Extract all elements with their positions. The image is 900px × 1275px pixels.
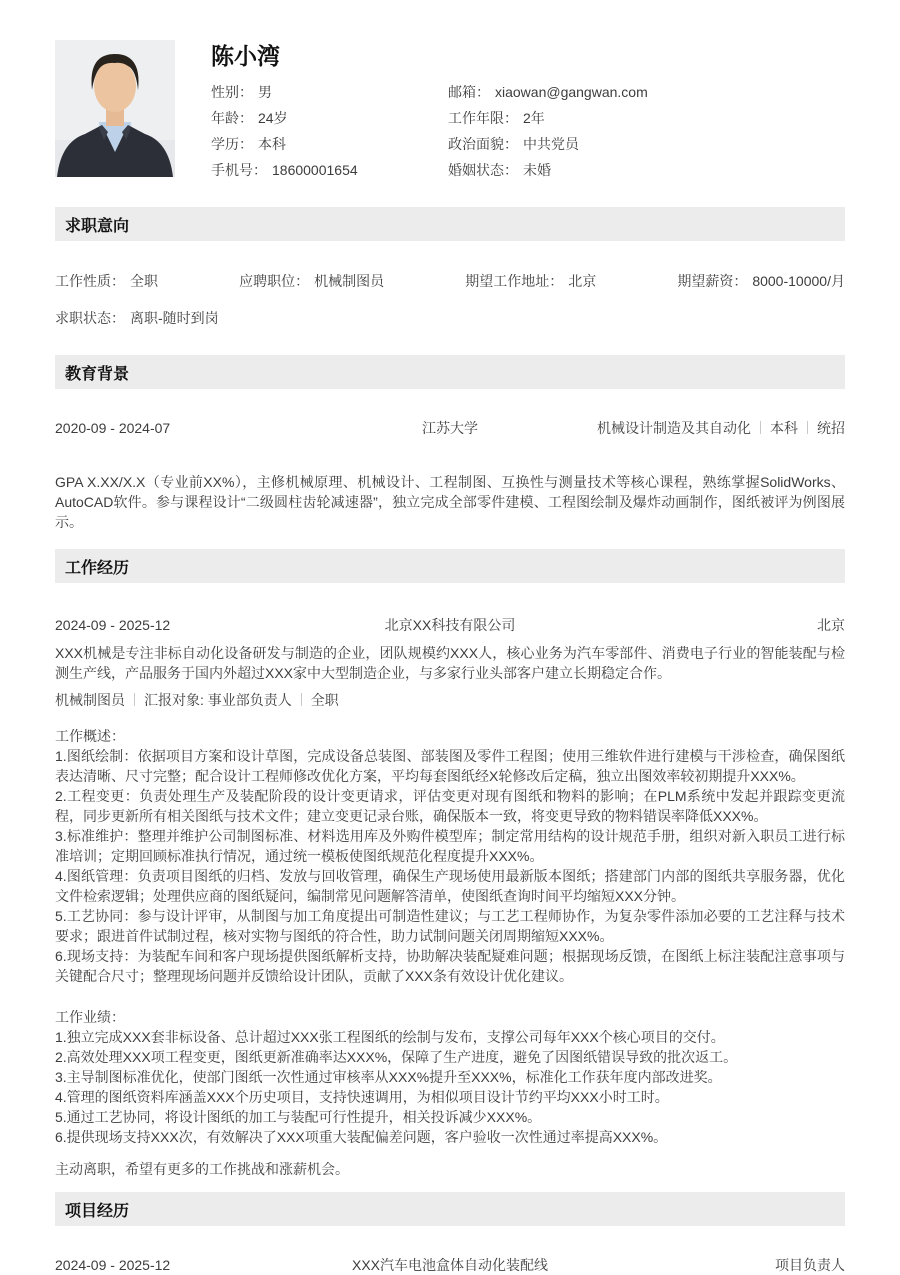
field-label: 政治面貌： — [448, 136, 518, 152]
project-name: XXX汽车电池盒体自动化装配线 — [352, 1252, 548, 1275]
field-label: 求职状态： — [55, 310, 125, 326]
section-bar-project: 项目经历 — [55, 1192, 845, 1226]
work-overview: 工作概述： 1.图纸绘制：依据项目方案和设计草图，完成设备总装图、部装图及零件工… — [55, 726, 845, 986]
work-achievements: 工作业绩： 1.独立完成XXX套非标设备、总计超过XXX张工程图纸的绘制与发布，… — [55, 1007, 845, 1147]
divider — [301, 693, 302, 706]
intention-row: 工作性质：全职 应聘职位：机械制图员 期望工作地址：北京 期望薪资：8000-1… — [55, 271, 845, 291]
education-period: 2020-09 - 2024-07 — [55, 415, 170, 441]
field-label: 婚姻状态： — [448, 162, 518, 178]
overview-item: 4.图纸管理：负责项目图纸的归档、发放与回收管理，确保生产现场使用最新版本图纸；… — [55, 866, 845, 906]
project-role: 项目负责人 — [775, 1252, 845, 1275]
field-value: xiaowan@gangwan.com — [495, 84, 648, 100]
work-location: 北京 — [817, 612, 845, 638]
info-field-political-status: 政治面貌：中共党员 — [448, 131, 648, 157]
divider — [134, 693, 135, 706]
education-detail: 机械设计制造及其自动化本科统招 — [593, 415, 845, 441]
profile-photo — [55, 40, 175, 177]
section-title: 项目经历 — [65, 1198, 129, 1221]
section-title: 工作经历 — [65, 555, 129, 578]
work-period: 2024-09 - 2025-12 — [55, 612, 170, 638]
field-value: 本科 — [258, 136, 286, 152]
overview-item: 2.工程变更：负责处理生产及装配阶段的设计变更请求，评估变更对现有图纸和物料的影… — [55, 786, 845, 826]
overview-item: 5.工艺协同：参与设计评审，从制图与加工角度提出可制造性建议；与工艺工程师协作，… — [55, 906, 845, 946]
job-title: 机械制图员 — [55, 692, 125, 708]
intention-status: 求职状态：离职-随时到岗 — [55, 308, 845, 328]
section-title: 求职意向 — [65, 213, 129, 236]
intention-field-salary: 期望薪资：8000-10000/月 — [677, 271, 845, 291]
field-value: 2年 — [523, 110, 545, 126]
job-title-row: 机械制图员汇报对象: 事业部负责人全职 — [55, 690, 845, 710]
education-major: 机械设计制造及其自动化 — [597, 420, 751, 436]
work-company: 北京XX科技有限公司 — [385, 612, 516, 638]
section-bar-education: 教育背景 — [55, 355, 845, 389]
overview-item: 1.图纸绘制：依据项目方案和设计草图，完成设备总装图、部装图及零件工程图；使用三… — [55, 746, 845, 786]
field-value: 未婚 — [523, 162, 551, 178]
job-type: 全职 — [311, 692, 339, 708]
fields-column-left: 性别：男 年龄：24岁 学历：本科 手机号：18600001654 — [211, 79, 448, 183]
field-value: 北京 — [568, 273, 596, 289]
intention-field-job-nature: 工作性质：全职 — [55, 271, 158, 291]
education-enroll-type: 统招 — [817, 420, 845, 436]
achievements-label: 工作业绩： — [55, 1007, 845, 1027]
section-bar-work: 工作经历 — [55, 549, 845, 583]
field-label: 性别： — [211, 84, 253, 100]
overview-item: 6.现场支持：为装配车间和客户现场提供图纸解析支持，协助解决装配疑难问题；根据现… — [55, 946, 845, 986]
field-label: 期望工作地址： — [465, 273, 563, 289]
info-field-work-years: 工作年限：2年 — [448, 105, 648, 131]
candidate-name: 陈小湾 — [211, 43, 845, 70]
project-entry-row: 2024-09 - 2025-12 XXX汽车电池盒体自动化装配线 项目负责人 — [55, 1252, 845, 1275]
achievement-item: 6.提供现场支持XXX次，有效解决了XXX项重大装配偏差问题，客户验收一次性通过… — [55, 1127, 845, 1147]
field-value: 24岁 — [258, 110, 288, 126]
overview-label: 工作概述： — [55, 726, 845, 746]
company-intro: XXX机械是专注非标自动化设备研发与制造的企业，团队规模约XXX人，核心业务为汽… — [55, 643, 845, 683]
field-label: 年龄： — [211, 110, 253, 126]
field-label: 邮箱： — [448, 84, 490, 100]
section-bar-intention: 求职意向 — [55, 207, 845, 241]
field-label: 工作年限： — [448, 110, 518, 126]
achievement-item: 1.独立完成XXX套非标设备、总计超过XXX张工程图纸的绘制与发布，支撑公司每年… — [55, 1027, 845, 1047]
info-field-education: 学历：本科 — [211, 131, 448, 157]
person-photo-icon — [55, 40, 175, 177]
report-to: 汇报对象: 事业部负责人 — [144, 692, 292, 708]
achievement-item: 3.主导制图标准优化，使部门图纸一次性通过审核率从XXX%提升至XXX%，标准化… — [55, 1067, 845, 1087]
fields-column-right: 邮箱：xiaowan@gangwan.com 工作年限：2年 政治面貌：中共党员… — [448, 79, 648, 183]
section-title: 教育背景 — [65, 361, 129, 384]
candidate-info: 陈小湾 性别：男 年龄：24岁 学历：本科 手机号：18600001654 邮箱… — [211, 40, 845, 183]
field-value: 男 — [258, 84, 272, 100]
field-value: 全职 — [130, 273, 158, 289]
project-period: 2024-09 - 2025-12 — [55, 1252, 170, 1275]
field-value: 机械制图员 — [314, 273, 384, 289]
intention-field-position: 应聘职位：机械制图员 — [239, 271, 384, 291]
field-label: 应聘职位： — [239, 273, 309, 289]
field-value: 8000-10000/月 — [752, 273, 845, 289]
divider — [760, 421, 761, 434]
info-field-gender: 性别：男 — [211, 79, 448, 105]
resume-header: 陈小湾 性别：男 年龄：24岁 学历：本科 手机号：18600001654 邮箱… — [55, 40, 845, 183]
intention-field-city: 期望工作地址：北京 — [465, 271, 596, 291]
field-label: 手机号： — [211, 162, 267, 178]
field-value: 18600001654 — [272, 162, 358, 178]
achievement-item: 4.管理的图纸资料库涵盖XXX个历史项目，支持快速调用，为相似项目设计节约平均X… — [55, 1087, 845, 1107]
info-field-age: 年龄：24岁 — [211, 105, 448, 131]
education-entry-row: 2020-09 - 2024-07 江苏大学 机械设计制造及其自动化本科统招 — [55, 415, 845, 467]
field-label: 期望薪资： — [677, 273, 747, 289]
education-school: 江苏大学 — [422, 415, 478, 441]
leave-reason: 主动离职，希望有更多的工作挑战和涨薪机会。 — [55, 1159, 845, 1179]
work-entry-row: 2024-09 - 2025-12 北京XX科技有限公司 北京 — [55, 612, 845, 638]
education-degree: 本科 — [770, 420, 798, 436]
achievement-item: 5.通过工艺协同，将设计图纸的加工与装配可行性提升，相关投诉减少XXX%。 — [55, 1107, 845, 1127]
divider — [807, 421, 808, 434]
field-value: 中共党员 — [523, 136, 579, 152]
field-label: 学历： — [211, 136, 253, 152]
info-field-email: 邮箱：xiaowan@gangwan.com — [448, 79, 648, 105]
achievement-item: 2.高效处理XXX项工程变更，图纸更新准确率达XXX%，保障了生产进度，避免了因… — [55, 1047, 845, 1067]
field-label: 工作性质： — [55, 273, 125, 289]
field-value: 离职-随时到岗 — [130, 310, 219, 326]
info-field-marital-status: 婚姻状态：未婚 — [448, 157, 648, 183]
resume-page: 陈小湾 性别：男 年龄：24岁 学历：本科 手机号：18600001654 邮箱… — [0, 0, 900, 1275]
education-description: GPA X.XX/X.X（专业前XX%），主修机械原理、机械设计、工程制图、互换… — [55, 472, 845, 532]
candidate-fields: 性别：男 年龄：24岁 学历：本科 手机号：18600001654 邮箱：xia… — [211, 79, 845, 183]
info-field-phone: 手机号：18600001654 — [211, 157, 448, 183]
overview-item: 3.标准维护：整理并维护公司制图标准、材料选用库及外购件模型库；制定常用结构的设… — [55, 826, 845, 866]
